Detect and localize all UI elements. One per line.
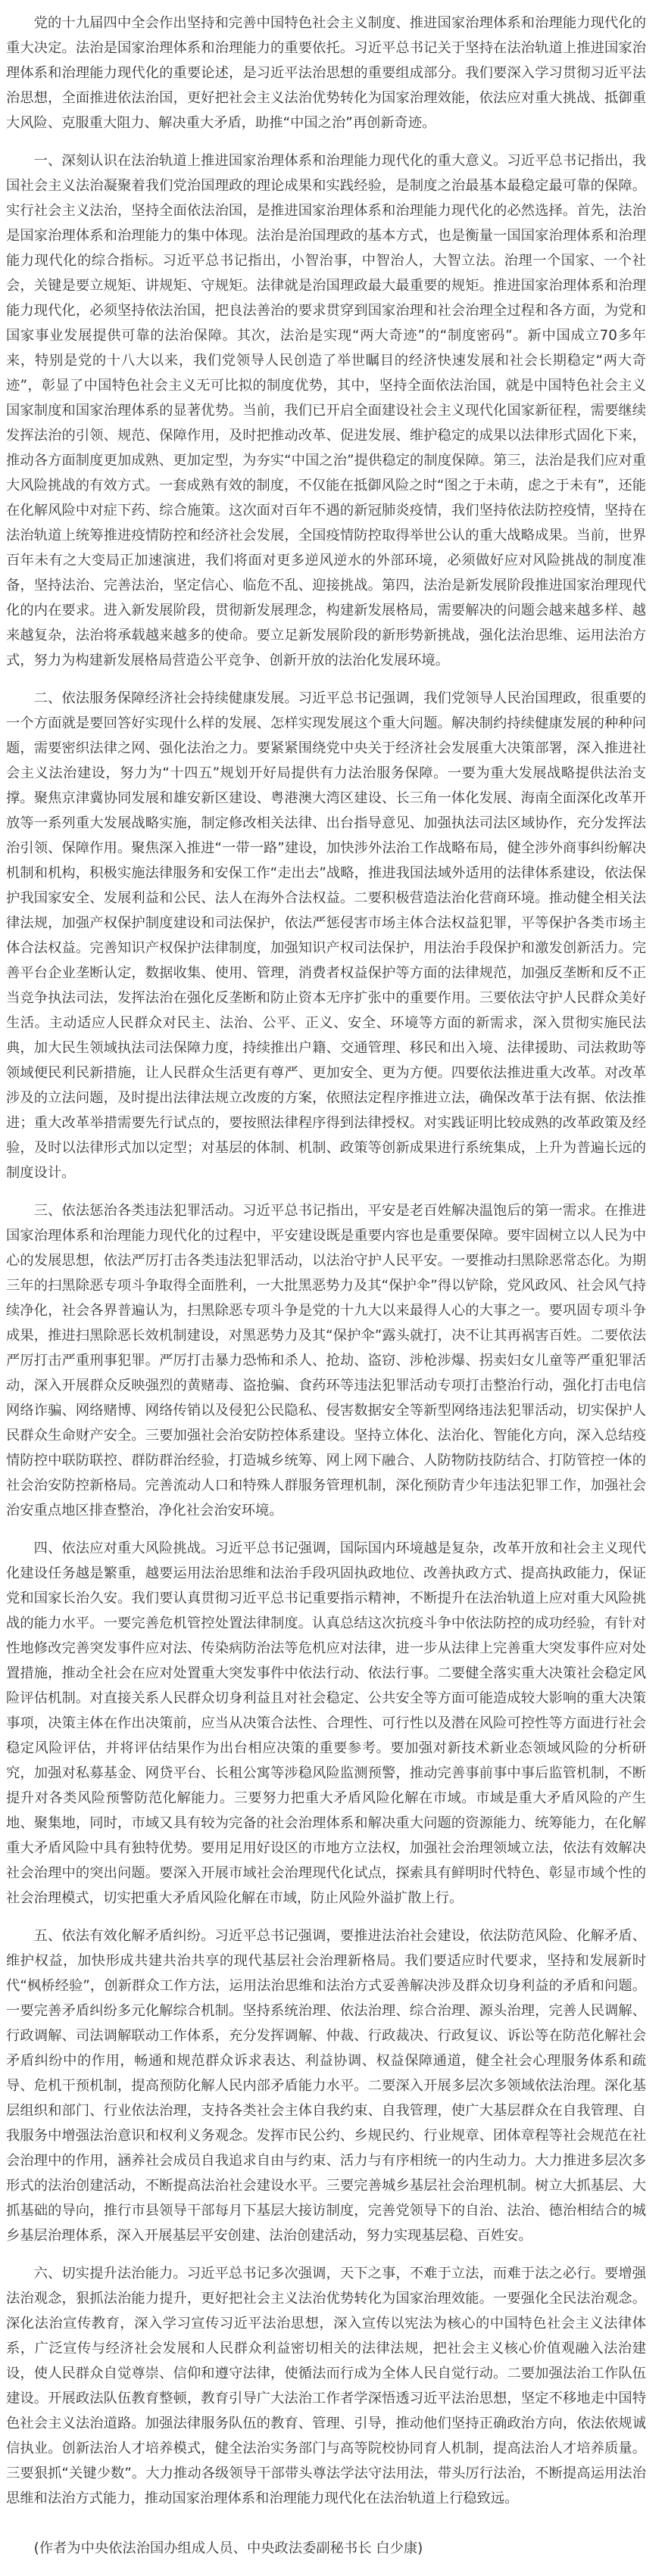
author-byline: (作者为中央依法治国办组成人员、中央政法委副秘书长 白少康) bbox=[6, 2536, 646, 2561]
section-3-paragraph: 三、依法惩治各类违法犯罪活动。习近平总书记指出，平安是老百姓解决温饱后的第一需求… bbox=[6, 1198, 646, 1523]
article-body: 党的十九届四中全会作出坚持和完善中国特色社会主义制度、推进国家治理体系和治理能力… bbox=[6, 11, 646, 2561]
section-5-paragraph: 五、依法有效化解矛盾纠纷。习近平总书记强调，要推进法治社会建设，依法防范风险、化… bbox=[6, 1923, 646, 2248]
section-4-paragraph: 四、依法应对重大风险挑战。习近平总书记强调，国际国内环境越是复杂，改革开放和社会… bbox=[6, 1536, 646, 1911]
intro-paragraph: 党的十九届四中全会作出坚持和完善中国特色社会主义制度、推进国家治理体系和治理能力… bbox=[6, 11, 646, 135]
section-1-paragraph: 一、深刻认识在法治轨道上推进国家治理体系和治理能力现代化的重大意义。习近平总书记… bbox=[6, 148, 646, 673]
section-6-paragraph: 六、切实提升法治能力。习近平总书记多次强调，天下之事，不难于立法，而难于法之必行… bbox=[6, 2261, 646, 2511]
section-2-paragraph: 二、依法服务保障经济社会持续健康发展。习近平总书记强调，我们党领导人民治国理政，… bbox=[6, 686, 646, 1185]
